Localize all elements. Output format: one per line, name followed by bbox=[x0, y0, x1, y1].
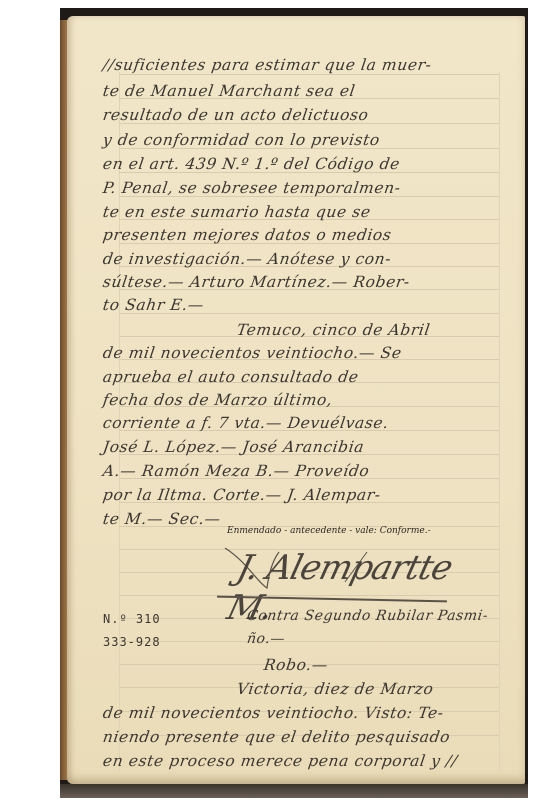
text-line: de mil novecientos veintiocho.— Se bbox=[102, 344, 505, 362]
text-line: P. Penal, se sobresee temporalmen- bbox=[102, 179, 505, 197]
case-code: 333-928 bbox=[103, 635, 161, 649]
text-line: fecha dos de Marzo último, bbox=[102, 391, 505, 409]
text-line: y de conformidad con lo previsto bbox=[102, 131, 505, 149]
text-line: to Sahr E.— bbox=[102, 296, 505, 314]
text-line: niendo presente que el delito pesquisado bbox=[102, 728, 505, 746]
text-line: te M.— Sec.— bbox=[102, 510, 225, 528]
text-line: en este proceso merece pena corporal y /… bbox=[102, 752, 505, 770]
text-line: //suficientes para estimar que la muer- bbox=[102, 56, 505, 74]
text-line: de mil novecientos veintiocho. Visto: Te… bbox=[102, 704, 505, 722]
offense-heading: Robo.— bbox=[66, 656, 527, 674]
text-line: en el art. 439 N.º 1.º del Código de bbox=[102, 155, 505, 173]
text-line: te de Manuel Marchant sea el bbox=[102, 82, 505, 100]
text-line: A.— Ramón Meza B.— Proveído bbox=[102, 462, 505, 480]
book-bottom-edge bbox=[60, 784, 528, 798]
text-line: presenten mejores datos o medios bbox=[102, 226, 505, 244]
ledger-page: //suficientes para estimar que la muer- … bbox=[67, 16, 525, 784]
text-line: súltese.— Arturo Martínez.— Rober- bbox=[102, 273, 505, 291]
marginal-annotation: Enmendado - antecedente - vale: Conforme… bbox=[227, 526, 431, 536]
case-title-cont: ño.— bbox=[246, 631, 348, 647]
text-line: Temuco, cinco de Abril bbox=[236, 321, 509, 339]
case-title: Contra Segundo Rubilar Pasmi- bbox=[246, 608, 508, 624]
text-line: por la Iltma. Corte.— J. Alempar- bbox=[102, 486, 505, 504]
text-line: corriente a f. 7 vta.— Devuélvase. bbox=[102, 414, 505, 432]
text-line: de investigación.— Anótese y con- bbox=[102, 250, 505, 268]
text-line: José L. López.— José Arancibia bbox=[102, 438, 505, 456]
case-number: N.º 310 bbox=[103, 612, 161, 626]
ruled-line bbox=[119, 74, 499, 75]
text-line: aprueba el auto consultado de bbox=[102, 368, 505, 386]
text-line: Victoria, diez de Marzo bbox=[236, 680, 509, 698]
text-line: resultado de un acto delictuoso bbox=[102, 106, 505, 124]
signature: J. Alempartte M. bbox=[217, 542, 447, 602]
text-line: te en este sumario hasta que se bbox=[102, 203, 505, 221]
